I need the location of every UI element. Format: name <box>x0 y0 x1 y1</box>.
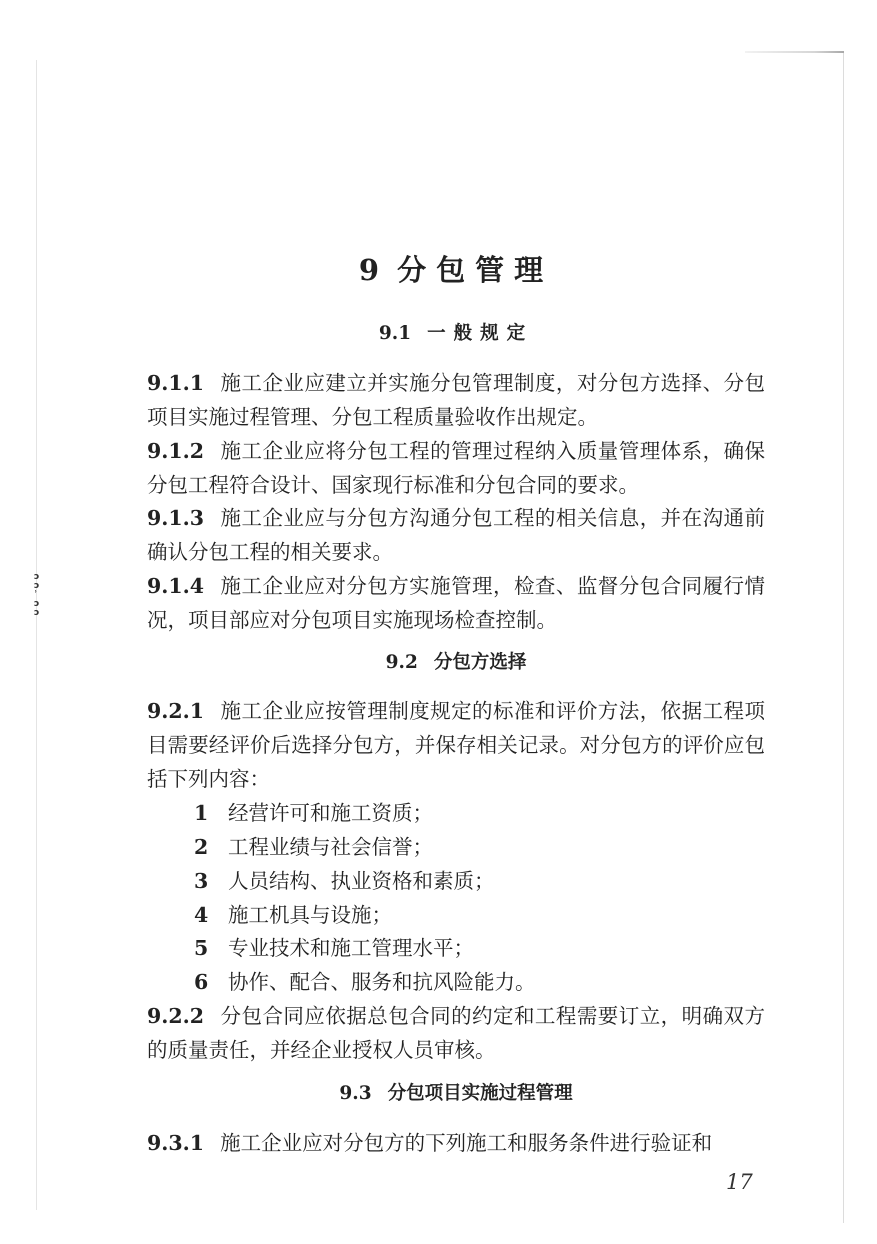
list-text: 专业技术和施工管理水平； <box>228 936 474 960</box>
list-number: 3 <box>194 865 228 899</box>
list-item-2: 2工程业绩与社会信誉； <box>194 831 433 865</box>
list-text: 工程业绩与社会信誉； <box>228 835 433 859</box>
chapter-number: 9 <box>359 253 389 287</box>
list-item-4: 4施工机具与设施； <box>194 899 392 933</box>
section-heading-9-3: 9.3分包项目实施过程管理 <box>147 1079 765 1109</box>
clause-number: 9.1.3 <box>147 506 204 530</box>
corner-crop-mark <box>745 51 844 53</box>
clause-text: 施工企业应将分包工程的管理过程纳入质量管理体系，确保分包工程符合设计、国家现行标… <box>147 439 765 497</box>
section-title: 一般规定 <box>427 323 533 344</box>
clause-text: 施工企业应按管理制度规定的标准和评价方法，依据工程项目需要经评价后选择分包方，并… <box>147 699 765 791</box>
page-border-right <box>843 53 844 1223</box>
clause-9-1-1: 9.1.1施工企业应建立并实施分包管理制度，对分包方选择、分包项目实施过程管理、… <box>147 367 765 435</box>
list-number: 1 <box>194 797 228 831</box>
section-number: 9.2 <box>386 652 418 673</box>
clause-number: 9.1.2 <box>147 439 204 463</box>
binding-marks: ɔɔʾɔɔ <box>34 573 40 618</box>
clause-9-1-4: 9.1.4施工企业应对分包方实施管理，检查、监督分包合同履行情况，项目部应对分包… <box>147 570 765 638</box>
clause-number: 9.1.1 <box>147 371 204 395</box>
clause-9-2-2: 9.2.2分包合同应依据总包合同的约定和工程需要订立，明确双方的质量责任，并经企… <box>147 1000 765 1068</box>
list-number: 6 <box>194 966 228 1000</box>
section-number: 9.3 <box>339 1083 371 1104</box>
section-title: 分包方选择 <box>434 652 527 673</box>
list-text: 人员结构、执业资格和素质； <box>228 869 495 893</box>
clause-text: 施工企业应建立并实施分包管理制度，对分包方选择、分包项目实施过程管理、分包工程质… <box>147 371 765 429</box>
list-text: 施工机具与设施； <box>228 903 392 927</box>
page-number: 17 <box>726 1170 753 1194</box>
clause-text: 施工企业应与分包方沟通分包工程的相关信息，并在沟通前确认分包工程的相关要求。 <box>147 506 765 564</box>
list-number: 5 <box>194 932 228 966</box>
chapter-title: 9分包管理 <box>147 250 765 290</box>
list-text: 经营许可和施工资质； <box>228 801 433 825</box>
list-item-1: 1经营许可和施工资质； <box>194 797 433 831</box>
clause-9-1-3: 9.1.3施工企业应与分包方沟通分包工程的相关信息，并在沟通前确认分包工程的相关… <box>147 502 765 570</box>
list-item-6: 6协作、配合、服务和抗风险能力。 <box>194 966 536 1000</box>
clause-number: 9.1.4 <box>147 574 204 598</box>
list-text: 协作、配合、服务和抗风险能力。 <box>228 970 536 994</box>
list-number: 4 <box>194 899 228 933</box>
clause-number: 9.3.1 <box>147 1131 204 1155</box>
list-number: 2 <box>194 831 228 865</box>
clause-9-3-1: 9.3.1施工企业应对分包方的下列施工和服务条件进行验证和 <box>147 1127 765 1161</box>
page-border-left <box>36 60 37 1210</box>
clause-9-1-2: 9.1.2施工企业应将分包工程的管理过程纳入质量管理体系，确保分包工程符合设计、… <box>147 435 765 503</box>
clause-number: 9.2.2 <box>147 1004 204 1028</box>
clause-9-2-1: 9.2.1施工企业应按管理制度规定的标准和评价方法，依据工程项目需要经评价后选择… <box>147 695 765 796</box>
list-item-3: 3人员结构、执业资格和素质； <box>194 865 495 899</box>
section-title: 分包项目实施过程管理 <box>388 1083 573 1104</box>
section-heading-9-2: 9.2分包方选择 <box>147 648 765 678</box>
clause-number: 9.2.1 <box>147 699 204 723</box>
chapter-title-text: 分包管理 <box>397 253 553 287</box>
list-item-5: 5专业技术和施工管理水平； <box>194 932 474 966</box>
clause-text: 施工企业应对分包方的下列施工和服务条件进行验证和 <box>220 1131 712 1155</box>
section-number: 9.1 <box>379 323 411 344</box>
clause-text: 施工企业应对分包方实施管理，检查、监督分包合同履行情况，项目部应对分包项目实施现… <box>147 574 765 632</box>
clause-text: 分包合同应依据总包合同的约定和工程需要订立，明确双方的质量责任，并经企业授权人员… <box>147 1004 765 1062</box>
section-heading-9-1: 9.1一般规定 <box>147 319 765 349</box>
